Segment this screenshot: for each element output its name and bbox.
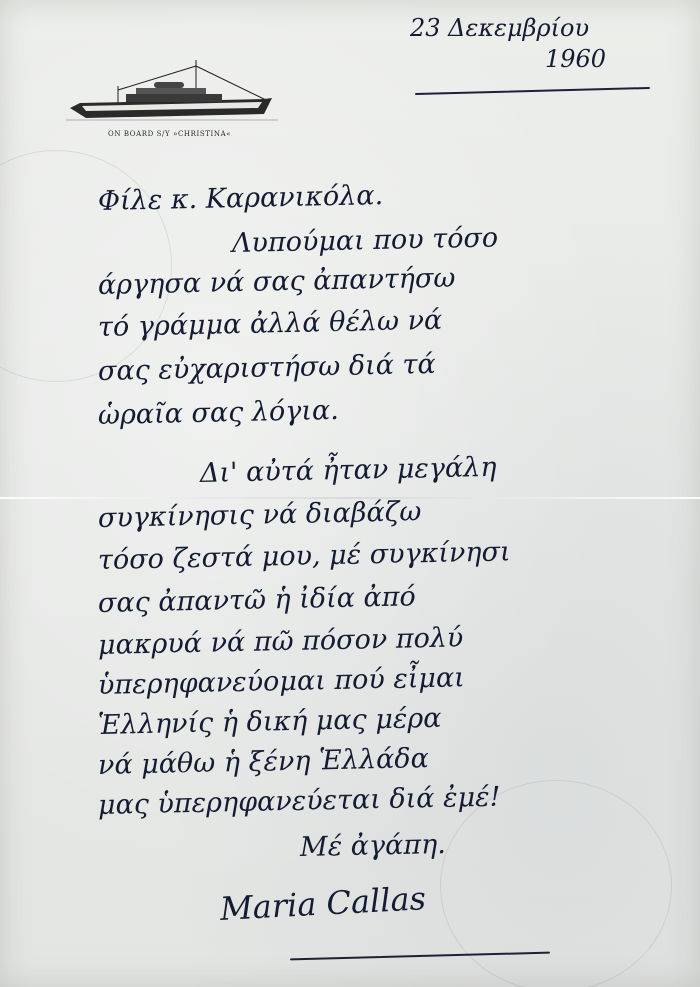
body-line-5: ὡραῖα σας λόγια. — [98, 395, 339, 431]
letter-page: ON BOARD S/Y »CHRISTINA« 23 Δεκεμβρίου 1… — [0, 0, 700, 987]
body-line-4: σας εὐχαριστήσω διά τά — [98, 349, 436, 387]
date-day-month: 23 Δεκεμβρίου — [410, 14, 589, 42]
body-line-7: συγκίνησις νά διαβάζω — [98, 496, 422, 534]
body-line-11: ὑπερηφανεύομαι πού εἶμαι — [98, 662, 465, 701]
letterhead-caption: ON BOARD S/Y »CHRISTINA« — [108, 130, 231, 138]
body-line-13: νά μάθω ἡ ξένη Ἑλλάδα — [98, 743, 429, 781]
body-line-6: Δι' αὐτά ἦταν μεγάλη — [200, 452, 497, 489]
salutation: Φίλε κ. Καρανικόλα. — [98, 180, 384, 217]
body-line-3: τό γράμμα ἀλλά θέλω νά — [98, 305, 443, 343]
body-line-8: τόσο ζεστά μου, μέ συγκίνησι — [98, 536, 511, 576]
date-underline — [415, 87, 650, 95]
body-line-14: μας ὑπερηφανεύεται διά ἐμέ! — [98, 782, 501, 821]
signature: Maria Callas — [219, 879, 427, 928]
body-line-9: σας ἀπαντῶ ἡ ἰδία ἀπό — [98, 581, 416, 619]
date-year: 1960 — [545, 45, 606, 73]
ship-illustration-icon — [66, 58, 278, 128]
body-line-12: Ἑλληνίς ἡ δική μας μέρα — [98, 703, 442, 741]
body-line-10: μακρυά νά πῶ πόσον πολύ — [98, 622, 464, 661]
body-line-1: Λυπούμαι που τόσο — [232, 222, 499, 259]
closing: Μέ ἀγάπη. — [300, 829, 446, 863]
body-line-2: άργησα νά σας ἀπαντήσω — [98, 263, 456, 301]
